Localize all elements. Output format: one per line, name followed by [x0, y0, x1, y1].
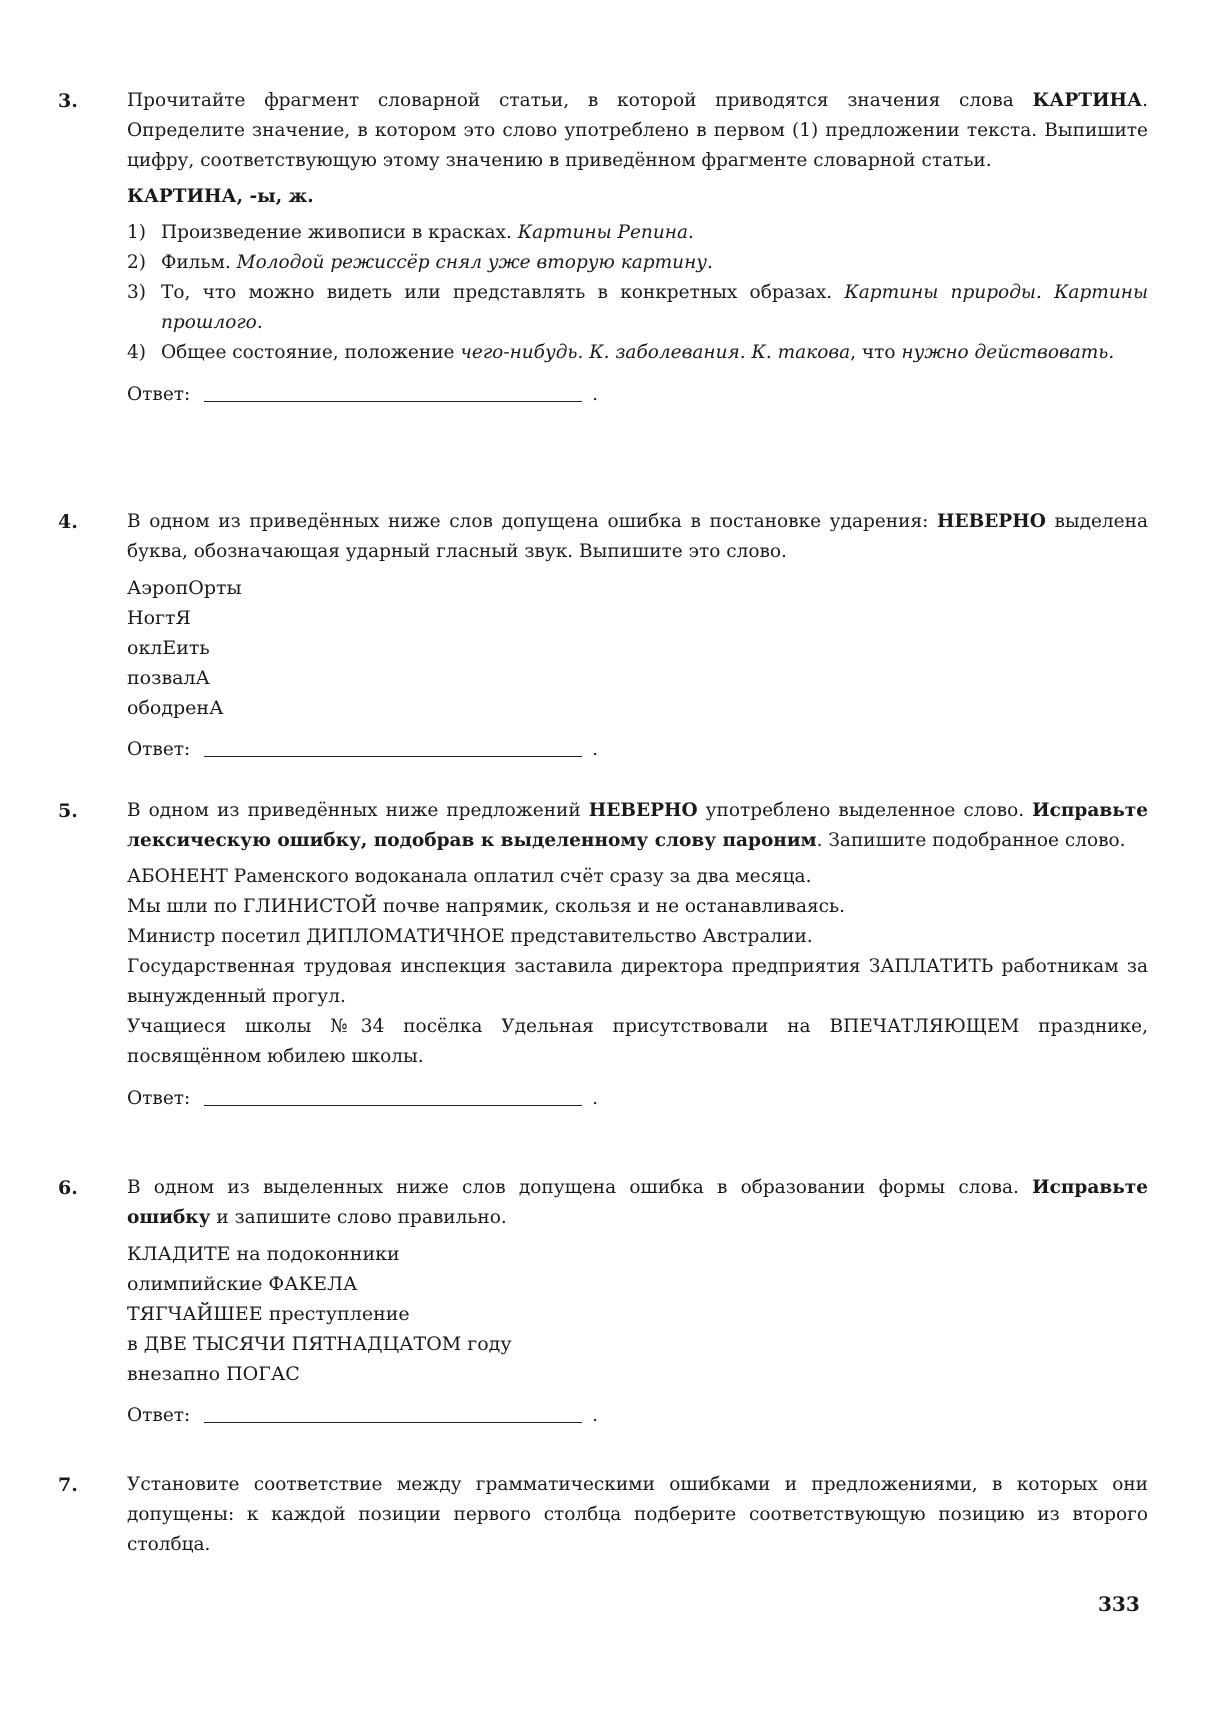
phrase-option: в ДВЕ ТЫСЯЧИ ПЯТНАДЦАТОМ году	[127, 1329, 1148, 1359]
task-5: 5. В одном из приведённых ниже предложен…	[58, 796, 1148, 1114]
task-number: 6.	[58, 1173, 98, 1203]
sense-definition: Фильм.	[161, 252, 237, 273]
sense-definition: То, что можно видеть или представлять в …	[161, 282, 844, 303]
answer-field[interactable]	[204, 1105, 582, 1106]
sentence-option: Учащиеся школы №34 посёлка Удельная прис…	[127, 1012, 1148, 1072]
word-options: АэропОрты НогтЯ оклЕить позвалА ободренА	[127, 573, 1148, 723]
answer-period: .	[592, 1401, 598, 1431]
task-prompt: В одном из выделенных ниже слов допущена…	[127, 1173, 1148, 1233]
prompt-text: В одном из приведённых ниже слов допущен…	[127, 511, 937, 532]
phrase-option: олимпийские ФАКЕЛА	[127, 1269, 1148, 1299]
answer-period: .	[592, 1084, 598, 1114]
sense-definition: Произведение живописи в красках.	[161, 222, 518, 243]
answer-field[interactable]	[204, 1422, 582, 1423]
prompt-keyword: НЕВЕРНО	[937, 511, 1046, 532]
sentence-option: Мы шли по ГЛИНИСТОЙ почве напрямик, скол…	[127, 892, 1148, 922]
task-prompt: Установите соответствие между грамматиче…	[127, 1470, 1148, 1560]
answer-label: Ответ:	[127, 380, 190, 410]
sentence-option: Министр посетил ДИПЛОМАТИЧНОЕ представит…	[127, 922, 1148, 952]
task-number: 7.	[58, 1470, 98, 1500]
task-number: 5.	[58, 796, 98, 826]
answer-row: Ответ: .	[127, 380, 1148, 410]
sentence-option: Государственная трудовая инспекция заста…	[127, 952, 1148, 1012]
sense-number: 4)	[127, 338, 146, 368]
task-3: 3. Прочитайте фрагмент словарной статьи,…	[58, 86, 1148, 410]
sense-example: Молодой режиссёр снял уже вторую картину…	[237, 252, 713, 273]
dictionary-sense: 1)Произведение живописи в красках. Карти…	[127, 218, 1148, 248]
page-number: 333	[1098, 1592, 1140, 1616]
task-prompt: В одном из приведённых ниже предложений …	[127, 796, 1148, 856]
prompt-text: употреблено выделенное слово.	[698, 800, 1033, 821]
sense-number: 1)	[127, 218, 146, 248]
sense-definition: , что	[850, 342, 901, 363]
answer-row: Ответ: .	[127, 1084, 1148, 1114]
prompt-text: Прочитайте фрагмент словарной статьи, в …	[127, 90, 1033, 111]
sense-example: чего-нибудь. К. заболевания. К. такова	[460, 342, 850, 363]
prompt-keyword: НЕВЕРНО	[589, 800, 698, 821]
sense-definition: Общее состояние, положение	[161, 342, 460, 363]
dictionary-senses: 1)Произведение живописи в красках. Карти…	[127, 218, 1148, 368]
prompt-text: . Запишите подобранное слово.	[817, 830, 1126, 851]
sense-example: нужно действовать.	[901, 342, 1114, 363]
phrase-option: внезапно ПОГАС	[127, 1359, 1148, 1389]
task-prompt: Прочитайте фрагмент словарной статьи, в …	[127, 86, 1148, 176]
phrase-option: ТЯГЧАЙШЕЕ преступление	[127, 1299, 1148, 1329]
answer-label: Ответ:	[127, 1084, 190, 1114]
sense-example: Картины Репина.	[518, 222, 694, 243]
task-7: 7. Установите соответствие между граммат…	[58, 1470, 1148, 1560]
answer-label: Ответ:	[127, 1401, 190, 1431]
prompt-text: и запишите слово правильно.	[211, 1207, 507, 1228]
phrase-option: КЛАДИТЕ на подоконники	[127, 1239, 1148, 1269]
dictionary-sense: 3)То, что можно видеть или представлять …	[127, 278, 1148, 338]
task-4: 4. В одном из приведённых ниже слов допу…	[58, 507, 1148, 765]
answer-period: .	[592, 380, 598, 410]
prompt-text: В одном из выделенных ниже слов допущена…	[127, 1177, 1032, 1198]
prompt-keyword: КАРТИНА	[1033, 90, 1143, 111]
dictionary-sense: 2)Фильм. Молодой режиссёр снял уже втору…	[127, 248, 1148, 278]
answer-row: Ответ: .	[127, 735, 1148, 765]
task-prompt: В одном из приведённых ниже слов допущен…	[127, 507, 1148, 567]
word-option: ободренА	[127, 693, 1148, 723]
word-option: НогтЯ	[127, 603, 1148, 633]
word-option: позвалА	[127, 663, 1148, 693]
sentence-option: АБОНЕНТ Раменского водоканала оплатил сч…	[127, 862, 1148, 892]
answer-field[interactable]	[204, 756, 582, 757]
task-number: 3.	[58, 86, 98, 116]
task-number: 4.	[58, 507, 98, 537]
phrase-options: КЛАДИТЕ на подоконники олимпийские ФАКЕЛ…	[127, 1239, 1148, 1389]
sense-number: 2)	[127, 248, 146, 278]
word-option: оклЕить	[127, 633, 1148, 663]
word-option: АэропОрты	[127, 573, 1148, 603]
task-6: 6. В одном из выделенных ниже слов допущ…	[58, 1173, 1148, 1431]
sense-number: 3)	[127, 278, 146, 308]
dictionary-sense: 4)Общее состояние, положение чего-нибудь…	[127, 338, 1148, 368]
answer-label: Ответ:	[127, 735, 190, 765]
answer-period: .	[592, 735, 598, 765]
answer-field[interactable]	[204, 401, 582, 402]
sentence-options: АБОНЕНТ Раменского водоканала оплатил сч…	[127, 862, 1148, 1072]
answer-row: Ответ: .	[127, 1401, 1148, 1431]
prompt-text: В одном из приведённых ниже предложений	[127, 800, 589, 821]
textbook-page: 3. Прочитайте фрагмент словарной статьи,…	[0, 0, 1210, 1712]
dictionary-headword: КАРТИНА, -ы, ж.	[127, 182, 1148, 212]
